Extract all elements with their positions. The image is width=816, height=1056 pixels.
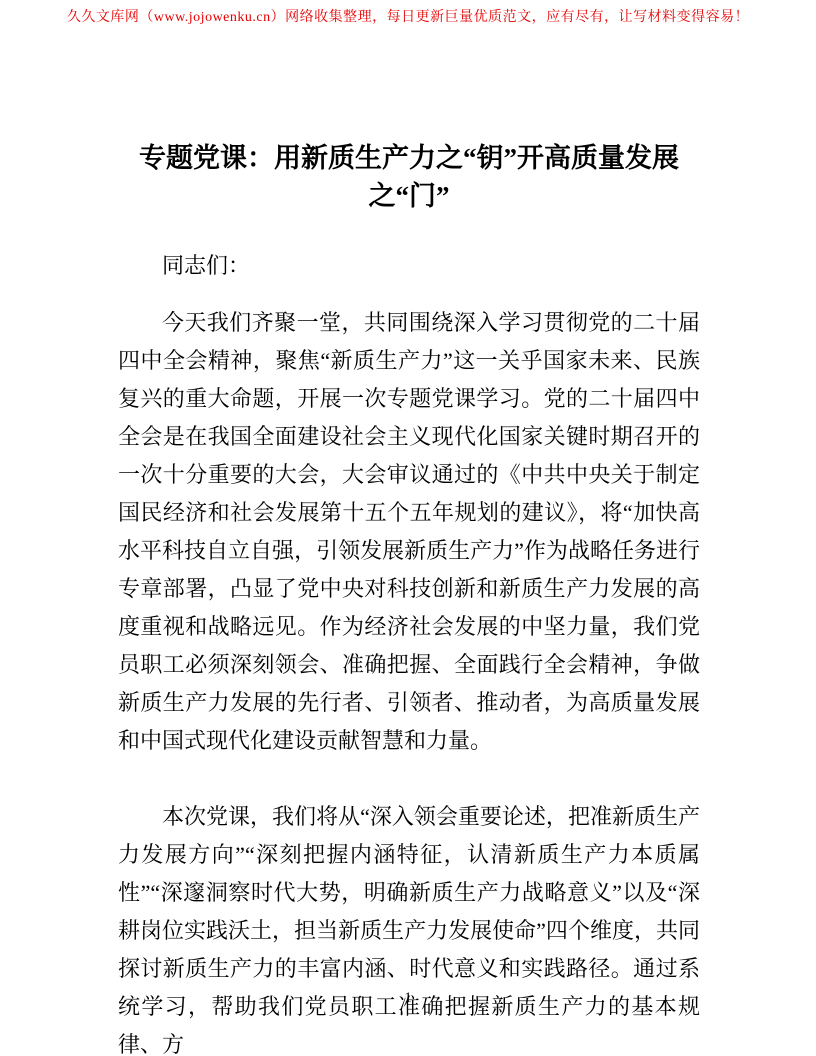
page-number: 1 — [0, 988, 816, 1008]
body-paragraph: 今天我们齐聚一堂，共同围绕深入学习贯彻党的二十届四中全会精神，聚焦“新质生产力”… — [118, 304, 700, 760]
document-title: 专题党课：用新质生产力之“钥”开高质量发展之“门” — [118, 139, 700, 215]
salutation: 同志们： — [118, 247, 700, 285]
document-page: 久久文库网（www.jojowenku.cn）网络收集整理，每日更新巨量优质范文… — [0, 0, 816, 1056]
body-paragraph: 本次党课，我们将从“深入领会重要论述，把准新质生产力发展方向”“深刻把握内涵特征… — [118, 798, 700, 1056]
document-content: 专题党课：用新质生产力之“钥”开高质量发展之“门” 同志们： 今天我们齐聚一堂，… — [118, 27, 700, 1056]
site-watermark-banner: 久久文库网（www.jojowenku.cn）网络收集整理，每日更新巨量优质范文… — [0, 0, 816, 27]
